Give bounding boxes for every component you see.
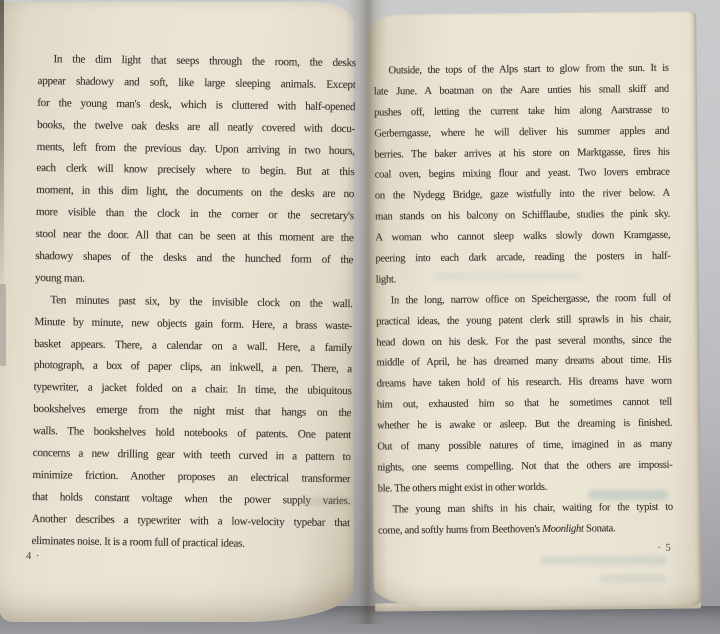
right-page-text: Outside, the tops of the Alps start to g… bbox=[374, 59, 674, 542]
paragraph: In the dim light that seeps through the … bbox=[35, 49, 356, 294]
text-line: berries. The baker arrives at his store … bbox=[374, 142, 669, 166]
text-line: middle of April, he has dreamed many dre… bbox=[376, 351, 671, 375]
paragraph: Ten minutes past six, by the invisible c… bbox=[31, 290, 352, 557]
text-line: eliminates noise. It is a room full of p… bbox=[31, 531, 349, 557]
text-line: coal oven, begins mixing flour and yeast… bbox=[375, 163, 670, 187]
photo-left-edge bbox=[0, 0, 4, 300]
text-line: Out of many possible natures of time, im… bbox=[377, 435, 672, 459]
text-line: on the Nydegg Bridge, gaze wistfully int… bbox=[375, 184, 670, 208]
page-number-right: · 5 bbox=[657, 543, 671, 554]
text-line: pushes off, letting the current take him… bbox=[374, 100, 669, 124]
text-line: nights, one seems compelling. Not that t… bbox=[377, 456, 672, 480]
text-line: practical ideas, the young patent clerk … bbox=[376, 309, 671, 333]
text-line: Gerberngasse, where he will deliver his … bbox=[374, 121, 669, 145]
text-line: Outside, the tops of the Alps start to g… bbox=[374, 59, 669, 83]
book-photo: In the dim light that seeps through the … bbox=[0, 0, 720, 634]
text-line: late June. A boatman on the Aare unties … bbox=[374, 80, 669, 104]
text-line: light. bbox=[376, 268, 671, 292]
text-line: whether he is awake or asleep. But the d… bbox=[377, 414, 672, 438]
text-line: A woman who cannot sleep walks slowly do… bbox=[375, 226, 670, 250]
text-line: dreams have taken hold of his research. … bbox=[377, 372, 672, 396]
left-page: In the dim light that seeps through the … bbox=[0, 2, 354, 622]
page-number-left: 4 · bbox=[26, 551, 41, 562]
text-line: In the long, narrow office on Speicherga… bbox=[376, 288, 671, 312]
right-page: Outside, the tops of the Alps start to g… bbox=[368, 11, 702, 608]
paragraph: The young man shifts in his chair, waiti… bbox=[378, 497, 673, 542]
text-line: come, and softly hums from Beethoven's M… bbox=[378, 518, 673, 542]
text-line: ble. The others might exist in other wor… bbox=[378, 476, 673, 500]
gutter-top-notch bbox=[351, 0, 379, 24]
text-line: him out, exhausted him so that he someti… bbox=[377, 393, 672, 417]
text-line: man stands on his balcony on Schifflaube… bbox=[375, 205, 670, 229]
left-page-text: In the dim light that seeps through the … bbox=[31, 49, 356, 557]
text-line: The young man shifts in his chair, waiti… bbox=[378, 497, 673, 521]
text-line: peering into each dark arcade, reading t… bbox=[375, 247, 670, 271]
paragraph: Outside, the tops of the Alps start to g… bbox=[374, 59, 671, 292]
paragraph: In the long, narrow office on Speicherga… bbox=[376, 288, 673, 500]
text-line: head down on his desk. For the past seve… bbox=[376, 330, 671, 354]
